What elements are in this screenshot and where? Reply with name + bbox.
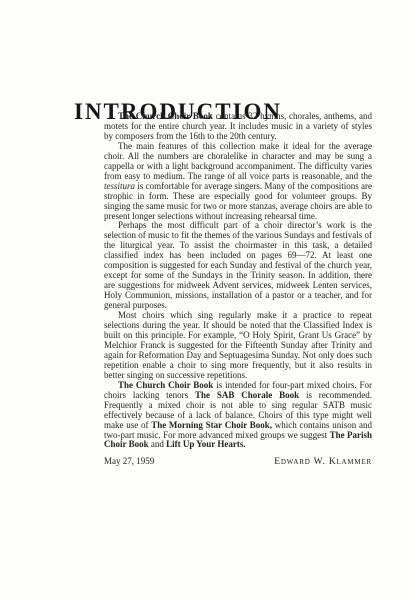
paragraph-segment: Perhaps the most difficult part of a cho… [104,220,372,310]
paragraph-segment: The SAB Chorale Book [195,390,299,400]
paragraph-segment: The main features of this collection mak… [104,141,372,181]
body-paragraphs: The Church Choir Book contains 32 hymns,… [104,112,372,450]
paragraph: Perhaps the most difficult part of a cho… [104,221,372,311]
paragraph: Most choirs which sing regularly make it… [104,311,372,381]
paragraph-segment: The Morning Star Choir Book, [151,420,272,430]
paragraph-segment: is comfortable for average singers. Many… [104,181,372,221]
body-text: The Church Choir Book contains 32 hymns,… [104,112,372,468]
paragraph-segment: The Church Choir Book [118,380,213,390]
paragraph-segment: The Church Choir Book [118,111,213,121]
paragraph-segment: Most choirs which sing regularly make it… [104,310,372,380]
footer-row: May 27, 1959 Edward W. Klammer [104,457,372,468]
author-signature: Edward W. Klammer [274,458,372,468]
book-page: INTRODUCTION The Church Choir Book conta… [0,0,410,600]
paragraph: The Church Choir Book is intended for fo… [104,381,372,451]
date-text: May 27, 1959 [104,457,154,467]
paragraph: The Church Choir Book contains 32 hymns,… [104,112,372,142]
paragraph-segment: tessitura [104,181,135,191]
paragraph: The main features of this collection mak… [104,142,372,222]
paragraph-segment: Lift Up Your Hearts. [166,439,246,449]
paragraph-segment: and [149,439,167,449]
